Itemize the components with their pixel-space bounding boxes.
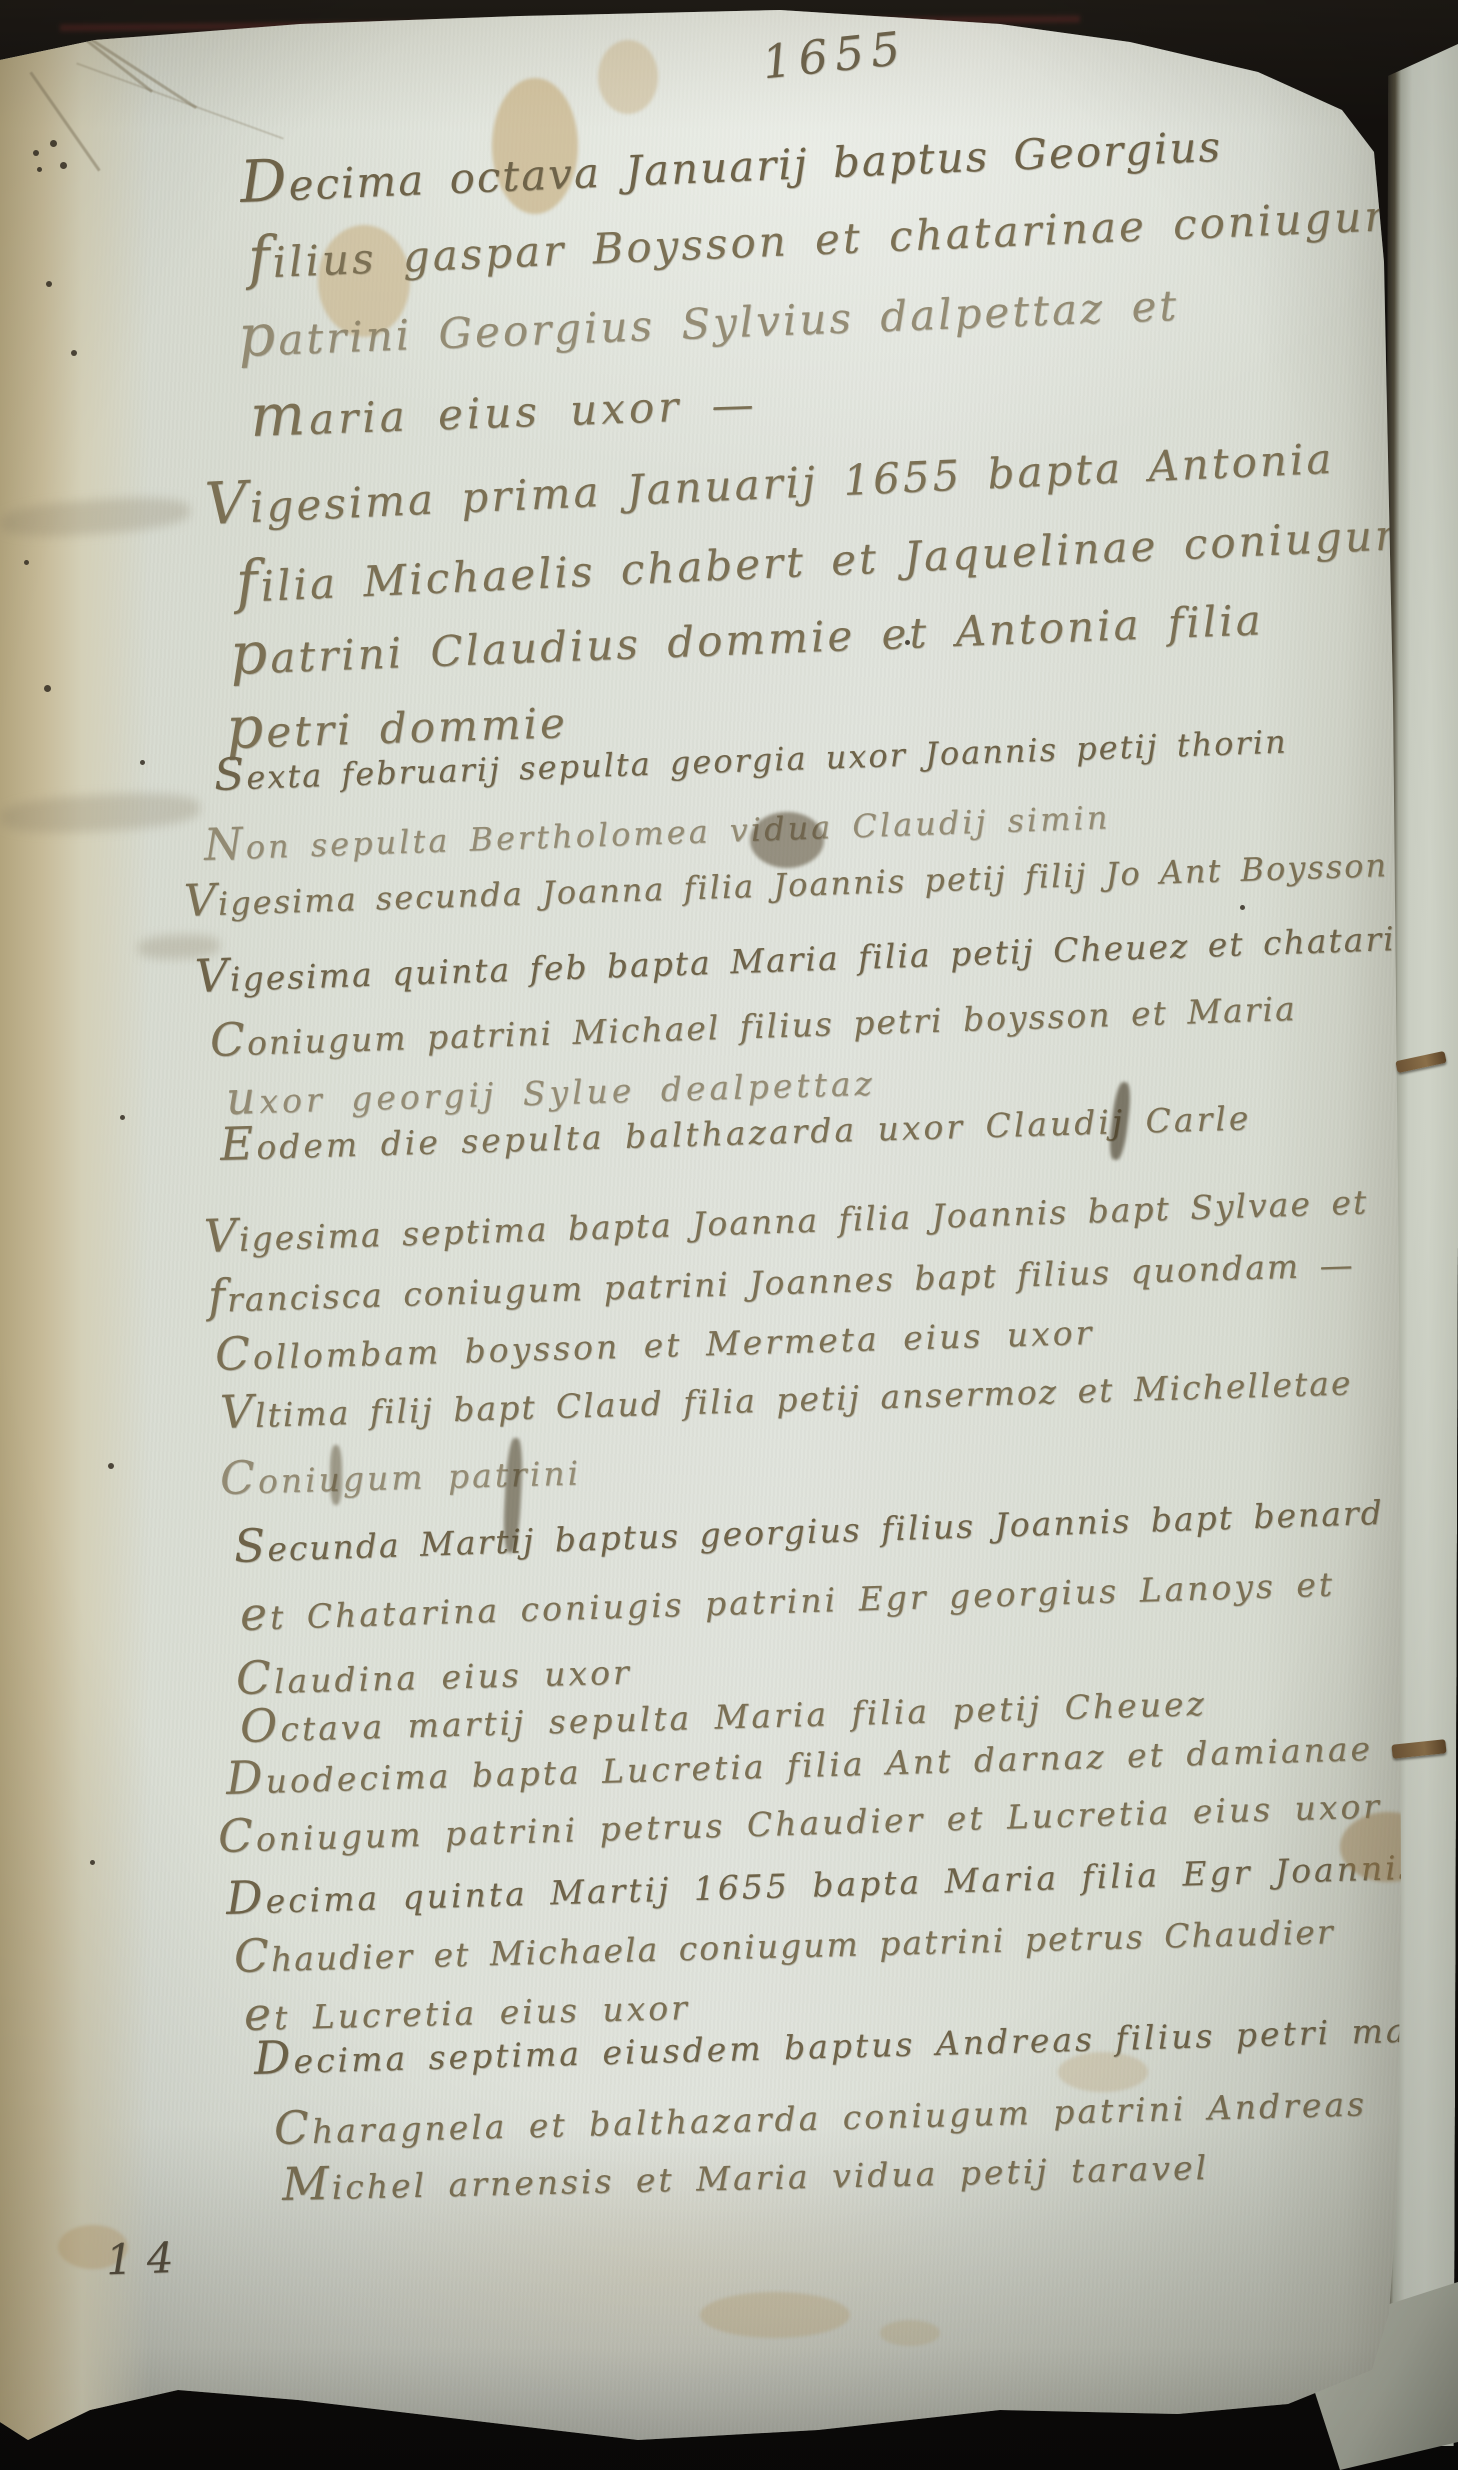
ink-smudge — [750, 812, 824, 868]
paper-speck — [33, 150, 39, 156]
paper-speck — [37, 167, 42, 172]
fold-crease — [33, 0, 153, 93]
paper-speck — [71, 350, 77, 356]
paper-stain — [700, 2292, 850, 2338]
paper-speck — [50, 140, 57, 147]
ink-stroke — [330, 1445, 342, 1505]
paper-speck — [120, 1115, 125, 1120]
paper-speck — [44, 685, 51, 692]
paper-speck — [90, 1860, 95, 1865]
ink-bleed-through — [0, 493, 191, 540]
manuscript-page: 1655 Decima octava Januarij baptus Georg… — [0, 0, 1458, 2470]
fold-crease — [76, 62, 283, 139]
paper-stain — [880, 2320, 940, 2346]
paper-speck — [140, 760, 145, 765]
year-heading: 1655 — [760, 21, 910, 90]
paper-speck — [1240, 905, 1245, 910]
paper-speck — [46, 281, 52, 287]
paper-stain — [598, 40, 658, 114]
paper-speck — [24, 560, 29, 565]
manuscript-line: Coniugum patrini — [219, 1443, 581, 1505]
ink-bleed-through — [0, 790, 201, 836]
paper-speck — [108, 1463, 114, 1469]
paper-speck — [60, 162, 67, 169]
manuscript-line: maria eius uxor — — [249, 364, 759, 450]
fold-crease — [29, 71, 100, 171]
page-number: 14 — [105, 2233, 188, 2285]
